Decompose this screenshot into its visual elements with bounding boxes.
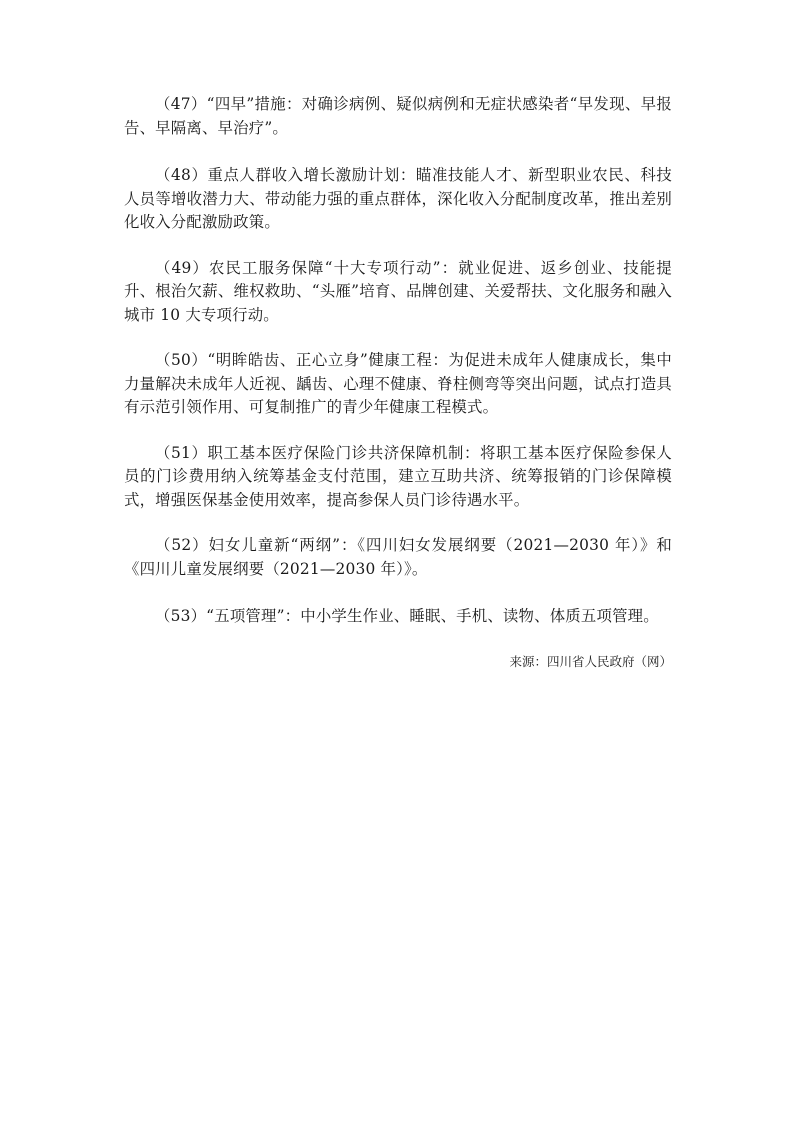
- paragraph-53: （53）“五项管理”：中小学生作业、睡眠、手机、读物、体质五项管理。: [124, 605, 672, 629]
- paragraph-47: （47）“四早”措施：对确诊病例、疑似病例和无症状感染者“早发现、早报告、早隔离…: [124, 93, 672, 140]
- paragraph-48: （48）重点人群收入增长激励计划：瞄准技能人才、新型职业农民、科技人员等增收潜力…: [124, 164, 672, 235]
- paragraph-51: （51）职工基本医疗保险门诊共济保障机制：将职工基本医疗保险参保人员的门诊费用纳…: [124, 442, 672, 513]
- paragraph-49: （49）农民工服务保障“十大专项行动”：就业促进、返乡创业、技能提升、根治欠薪、…: [124, 257, 672, 328]
- source-attribution: 来源：四川省人民政府（网）: [124, 653, 672, 671]
- paragraph-52: （52）妇女儿童新“两纲”：《四川妇女发展纲要（2021—2030 年）》和《四…: [124, 534, 672, 581]
- paragraph-50: （50）“明眸皓齿、正心立身”健康工程：为促进未成年人健康成长，集中力量解决未成…: [124, 349, 672, 420]
- document-page: （47）“四早”措施：对确诊病例、疑似病例和无症状感染者“早发现、早报告、早隔离…: [124, 93, 672, 671]
